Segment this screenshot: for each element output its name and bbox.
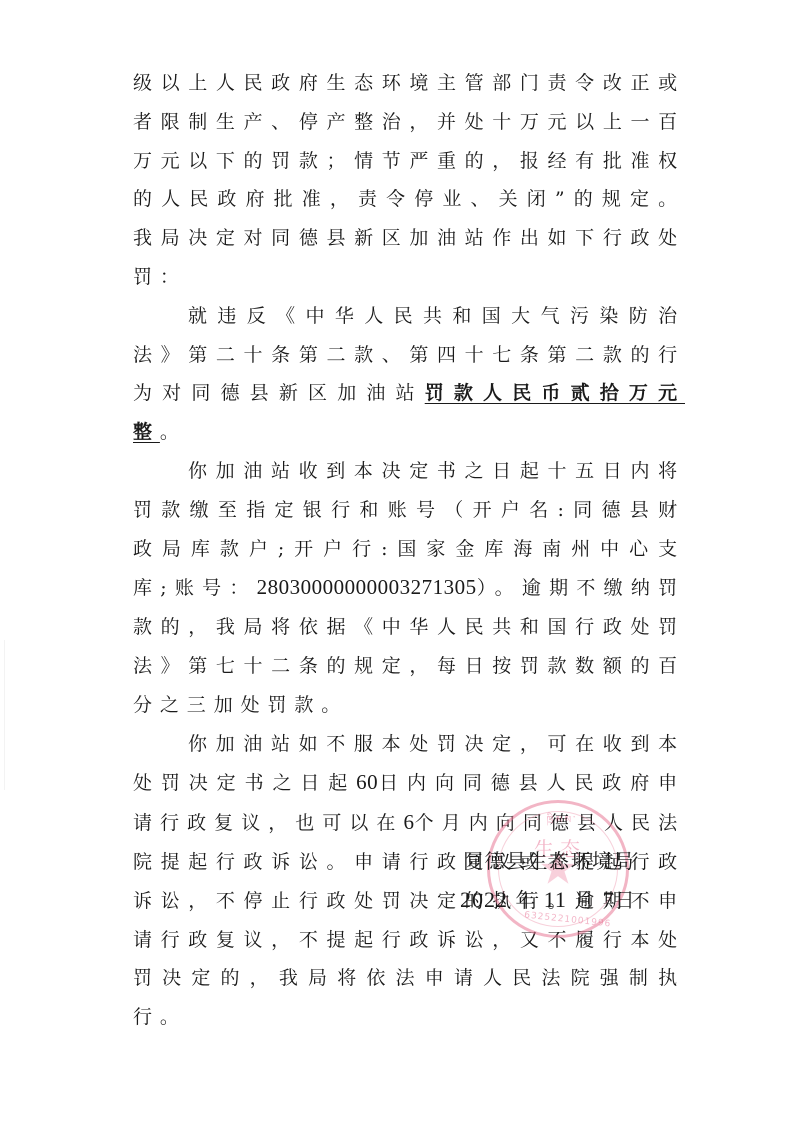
paragraph-1-text: 级以上人民政府生态环境主管部门责令改正或者限制生产、停产整治，并处十万元以上一百…	[133, 72, 685, 288]
issuing-organization: 同德县生态环境局	[463, 845, 635, 874]
paragraph-3: 你加油站收到本决定书之日起十五日内将罚款缴至指定银行和账号（开户名:同德县财政局…	[133, 452, 685, 725]
date-year-unit: 年	[515, 888, 536, 912]
date-day-unit: 日	[615, 888, 636, 912]
date-month: 11	[544, 887, 567, 912]
date-day: 7	[603, 887, 615, 912]
paragraph-1: 级以上人民政府生态环境主管部门责令改正或者限制生产、停产整治，并处十万元以上一百…	[133, 64, 685, 297]
paragraph-2: 就违反《中华人民共和国大气污染防治法》第二十条第二款、第四十七条第二款的行为对同…	[133, 297, 685, 452]
scan-edge-mark	[4, 640, 5, 790]
paragraph-2-end: 。	[160, 421, 187, 443]
lawsuit-months: 6	[404, 810, 415, 834]
account-number: 28030000000003271305	[257, 575, 477, 599]
date-month-unit: 月	[574, 888, 595, 912]
appeal-days: 60	[356, 770, 378, 794]
document-page: 级以上人民政府生态环境主管部门责令改正或者限制生产、停产整治，并处十万元以上一百…	[0, 0, 793, 1121]
issue-date: 2022 年 11 月 7日	[460, 884, 636, 913]
date-year: 2022	[460, 887, 508, 912]
